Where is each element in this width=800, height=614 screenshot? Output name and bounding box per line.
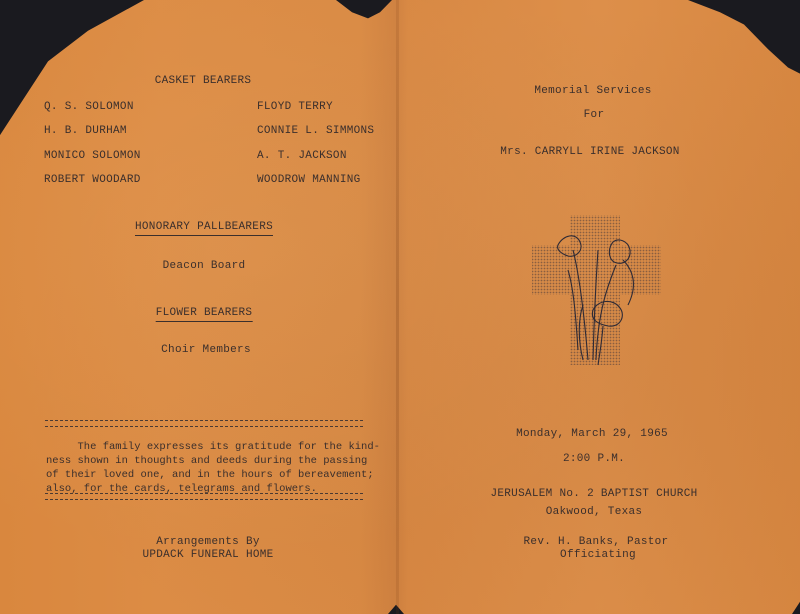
divider-bottom — [45, 493, 363, 500]
service-time: 2:00 P.M. — [563, 453, 625, 465]
bearer-name: Q. S. SOLOMON — [44, 101, 134, 113]
service-title: Memorial Services — [534, 85, 651, 97]
for-label: For — [584, 109, 605, 121]
honorary-pallbearers-value: Deacon Board — [163, 260, 246, 272]
honorary-pallbearers-heading: HONORARY PALLBEARERS — [135, 221, 273, 236]
flower-bearers-value: Choir Members — [161, 344, 251, 356]
officiant-role: Officiating — [560, 549, 636, 561]
divider-top — [45, 420, 363, 427]
officiant-name: Rev. H. Banks, Pastor — [524, 536, 669, 548]
cross-with-lilies-icon — [528, 210, 663, 370]
bearer-name: MONICO SOLOMON — [44, 150, 141, 162]
funeral-home-name: UPDACK FUNERAL HOME — [142, 549, 273, 561]
funeral-program-paper — [0, 0, 800, 614]
casket-bearers-heading: CASKET BEARERS — [155, 75, 252, 87]
bearer-name: ROBERT WOODARD — [44, 174, 141, 186]
deceased-name: Mrs. CARRYLL IRINE JACKSON — [500, 146, 679, 158]
center-fold — [396, 0, 399, 614]
church-location: Oakwood, Texas — [546, 506, 643, 518]
acknowledgement-text: The family expresses its gratitude for t… — [46, 440, 376, 496]
bearer-name: H. B. DURHAM — [44, 125, 127, 137]
flower-bearers-heading: FLOWER BEARERS — [156, 307, 253, 322]
bearer-name: WOODROW MANNING — [257, 174, 361, 186]
bearer-name: A. T. JACKSON — [257, 150, 347, 162]
church-name: JERUSALEM No. 2 BAPTIST CHURCH — [490, 488, 697, 500]
service-date: Monday, March 29, 1965 — [516, 428, 668, 440]
arrangements-label: Arrangements By — [156, 536, 260, 548]
bearer-name: FLOYD TERRY — [257, 101, 333, 113]
bearer-name: CONNIE L. SIMMONS — [257, 125, 374, 137]
